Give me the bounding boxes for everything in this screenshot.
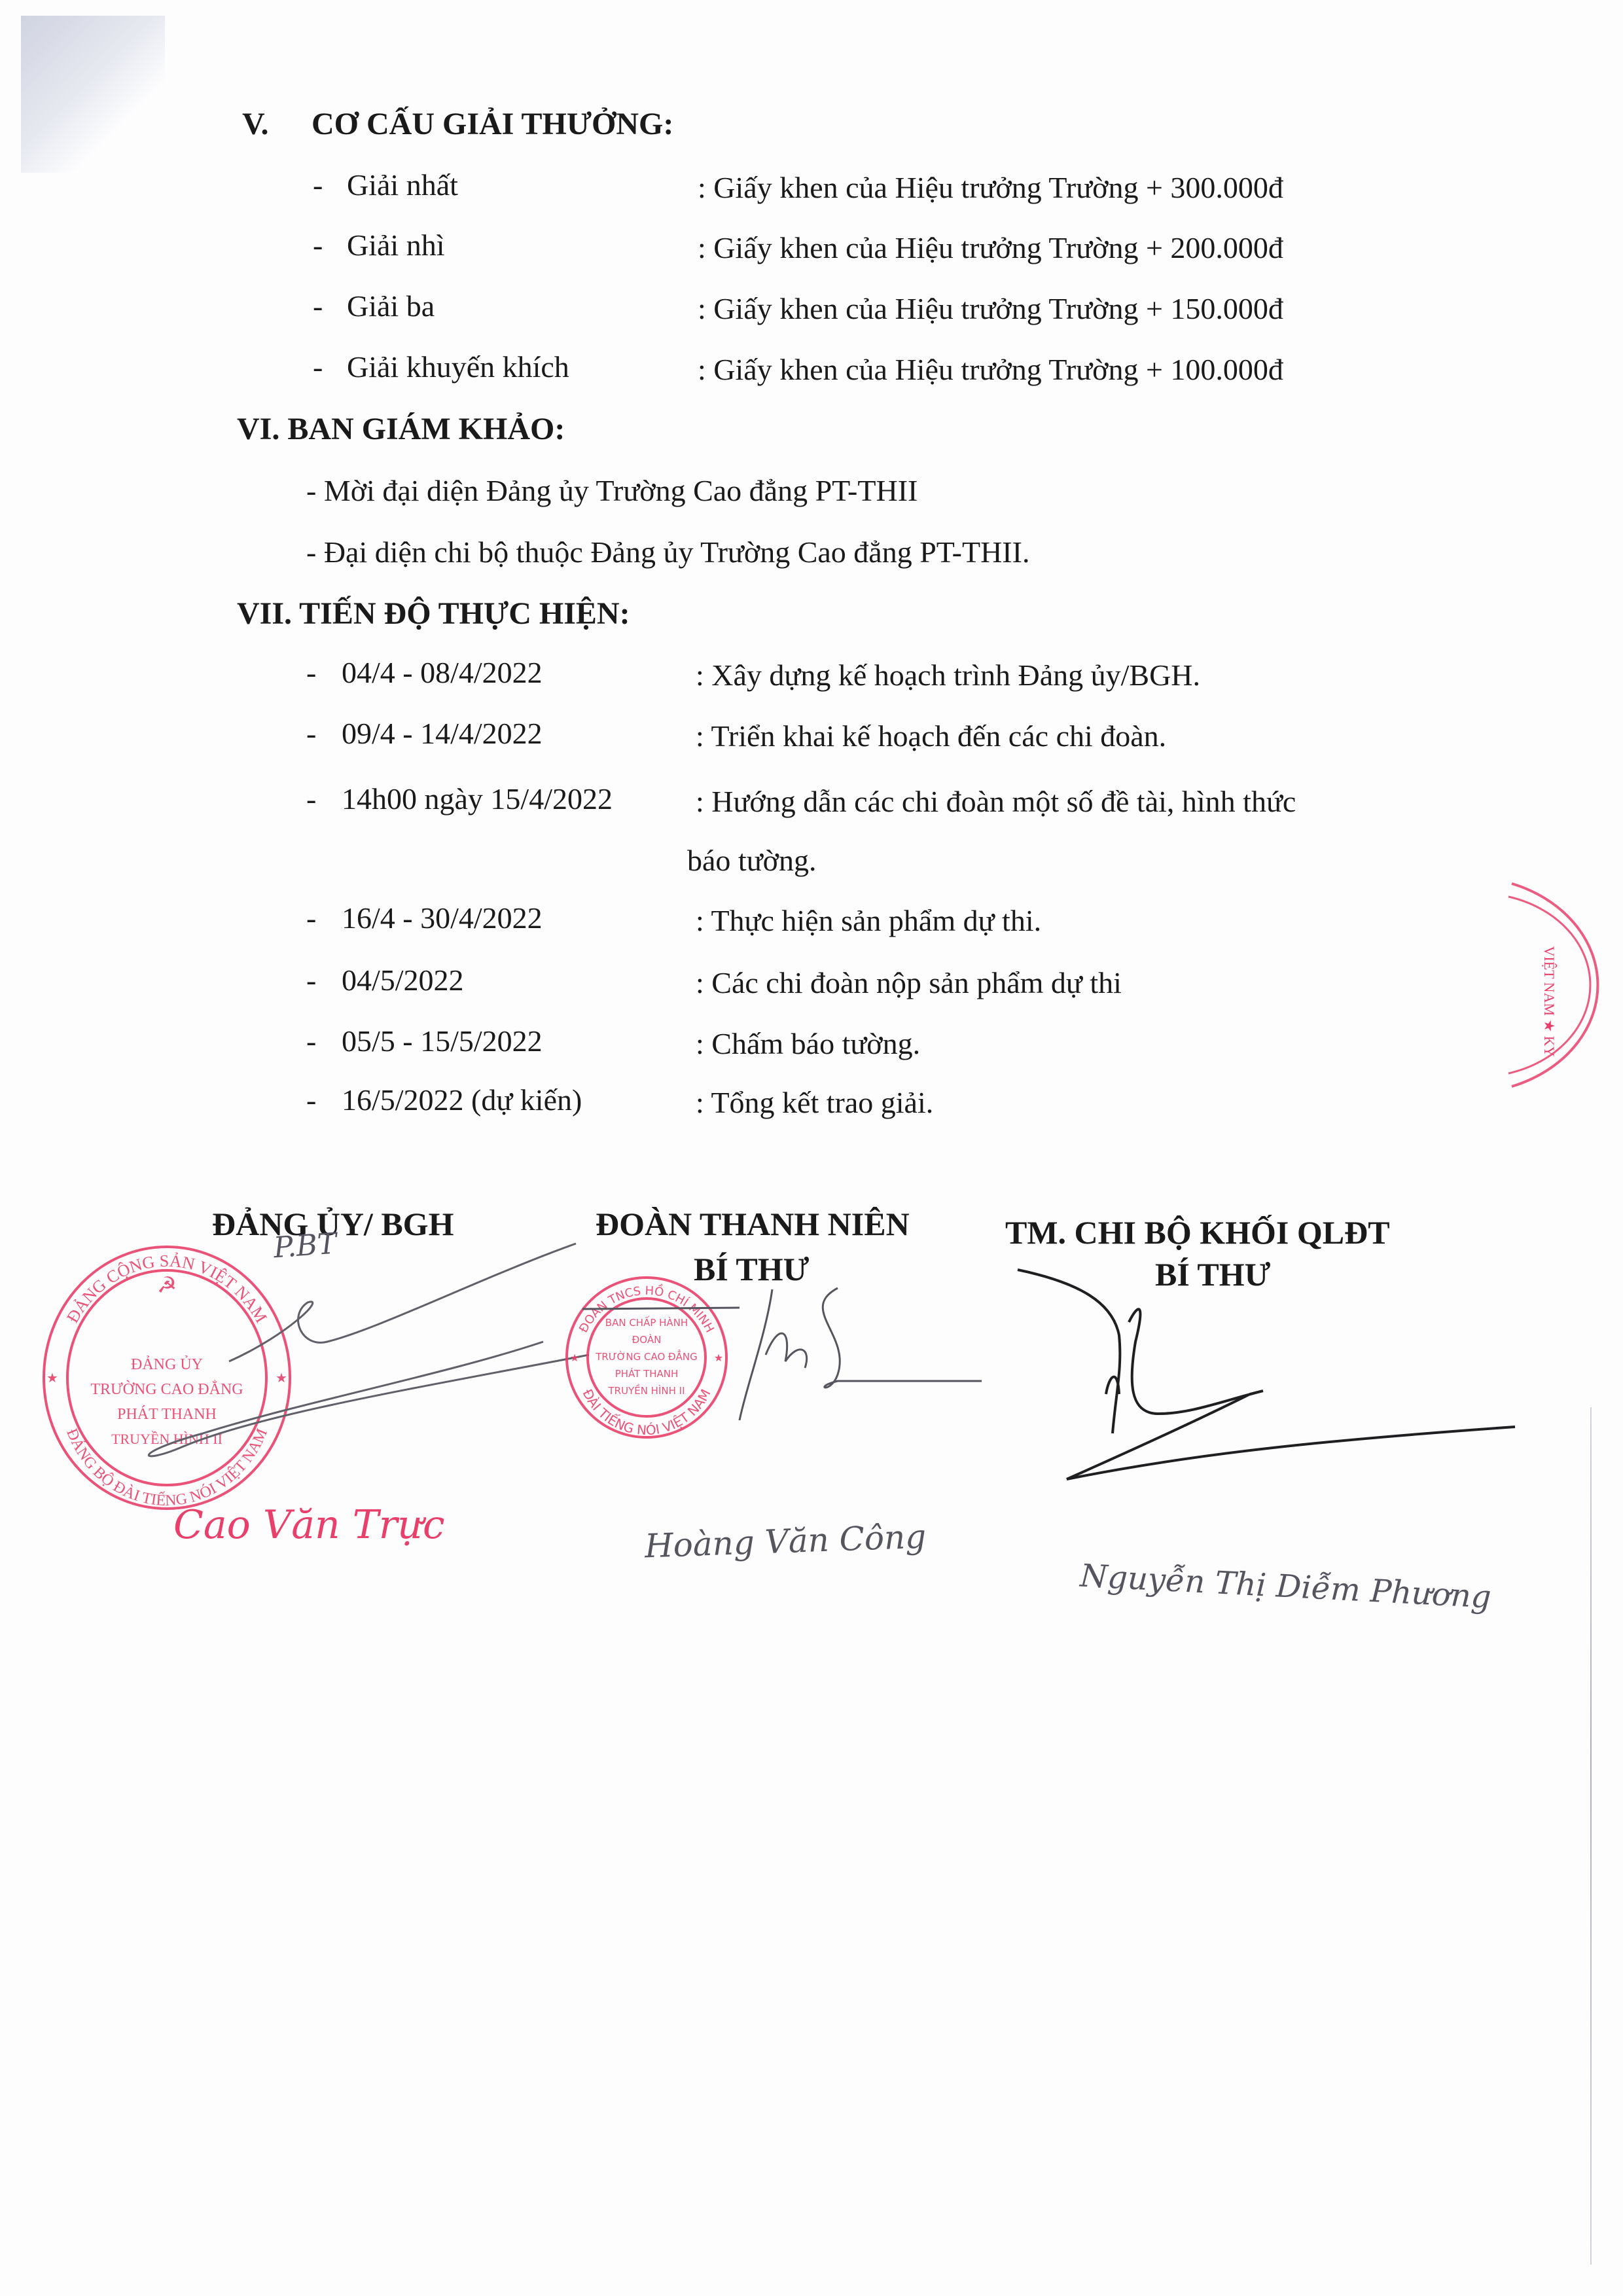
prize-value: : Giấy khen của Hiệu trưởng Trường + 150… (698, 294, 1283, 324)
schedule-task: : Thực hiện sản phẩm dự thi. (696, 906, 1041, 936)
schedule-task: : Xây dựng kế hoạch trình Đảng ủy/BGH. (696, 660, 1200, 691)
schedule-date: 16/4 - 30/4/2022 (342, 903, 543, 933)
svg-text:★: ★ (46, 1371, 58, 1386)
signature-stroke-youth-union (576, 1283, 1001, 1427)
edge-stamp-fragment: VIỆT NAM ★ KY (1505, 877, 1610, 1093)
schedule-task-continuation: báo tường. (687, 846, 816, 876)
signature-stroke-party (92, 1237, 589, 1525)
schedule-task: : Triển khai kế hoạch đến các chi đoàn. (696, 721, 1166, 751)
schedule-date: 05/5 - 15/5/2022 (342, 1026, 543, 1056)
bullet-dash: - (313, 352, 323, 382)
bullet-dash: - (306, 719, 316, 749)
bullet-dash: - (306, 903, 316, 933)
judge-item: - Mời đại diện Đảng ủy Trường Cao đẳng P… (306, 476, 918, 506)
bullet-dash: - (313, 291, 323, 321)
schedule-task: : Hướng dẫn các chi đoàn một số đề tài, … (696, 787, 1296, 817)
prize-label: Giải ba (347, 291, 435, 321)
bullet-dash: - (306, 1026, 316, 1056)
schedule-date: 04/5/2022 (342, 965, 464, 996)
signer-name-youth-union: Hoàng Văn Công (644, 1520, 927, 1563)
schedule-date: 04/4 - 08/4/2022 (342, 658, 543, 688)
schedule-date: 16/5/2022 (dự kiến) (342, 1085, 582, 1115)
prize-value: : Giấy khen của Hiệu trưởng Trường + 300… (698, 173, 1283, 203)
signature-heading-branch: TM. CHI BỘ KHỐI QLĐT (1005, 1216, 1390, 1249)
signer-name-party: Cao Văn Trực (173, 1505, 445, 1545)
signer-name-branch: Nguyễn Thị Diễm Phương (1079, 1560, 1491, 1613)
bullet-dash: - (306, 784, 316, 814)
edge-stamp-text: VIỆT NAM ★ KY (1541, 946, 1558, 1056)
schedule-task: : Các chi đoàn nộp sản phẩm dự thi (696, 968, 1122, 998)
section-v-title: CƠ CẤU GIẢI THƯỞNG: (312, 109, 673, 140)
schedule-date: 09/4 - 14/4/2022 (342, 719, 543, 749)
judge-item: - Đại diện chi bộ thuộc Đảng ủy Trường C… (306, 537, 1029, 567)
prize-label: Giải khuyến khích (347, 352, 569, 382)
schedule-task: : Tổng kết trao giải. (696, 1088, 933, 1118)
prize-label: Giải nhất (347, 170, 458, 200)
signature-heading-youth-union: ĐOÀN THANH NIÊN (596, 1208, 910, 1240)
bullet-dash: - (313, 170, 323, 200)
schedule-date: 14h00 ngày 15/4/2022 (342, 784, 613, 814)
prize-label: Giải nhì (347, 230, 444, 260)
bullet-dash: - (306, 965, 316, 996)
bullet-dash: - (306, 658, 316, 688)
signature-stroke-branch (1001, 1263, 1525, 1538)
scan-shadow-corner (21, 16, 165, 173)
section-v-numeral: V. (242, 109, 268, 140)
section-vii-title: VII. TIẾN ĐỘ THỰC HIỆN: (237, 598, 630, 630)
prize-value: : Giấy khen của Hiệu trưởng Trường + 200… (698, 233, 1283, 263)
schedule-task: : Chấm báo tường. (696, 1029, 920, 1059)
section-vi-title: VI. BAN GIÁM KHẢO: (237, 414, 565, 445)
scan-edge-line (1590, 1407, 1592, 2265)
bullet-dash: - (313, 230, 323, 260)
prize-value: : Giấy khen của Hiệu trưởng Trường + 100… (698, 355, 1283, 385)
bullet-dash: - (306, 1085, 316, 1115)
